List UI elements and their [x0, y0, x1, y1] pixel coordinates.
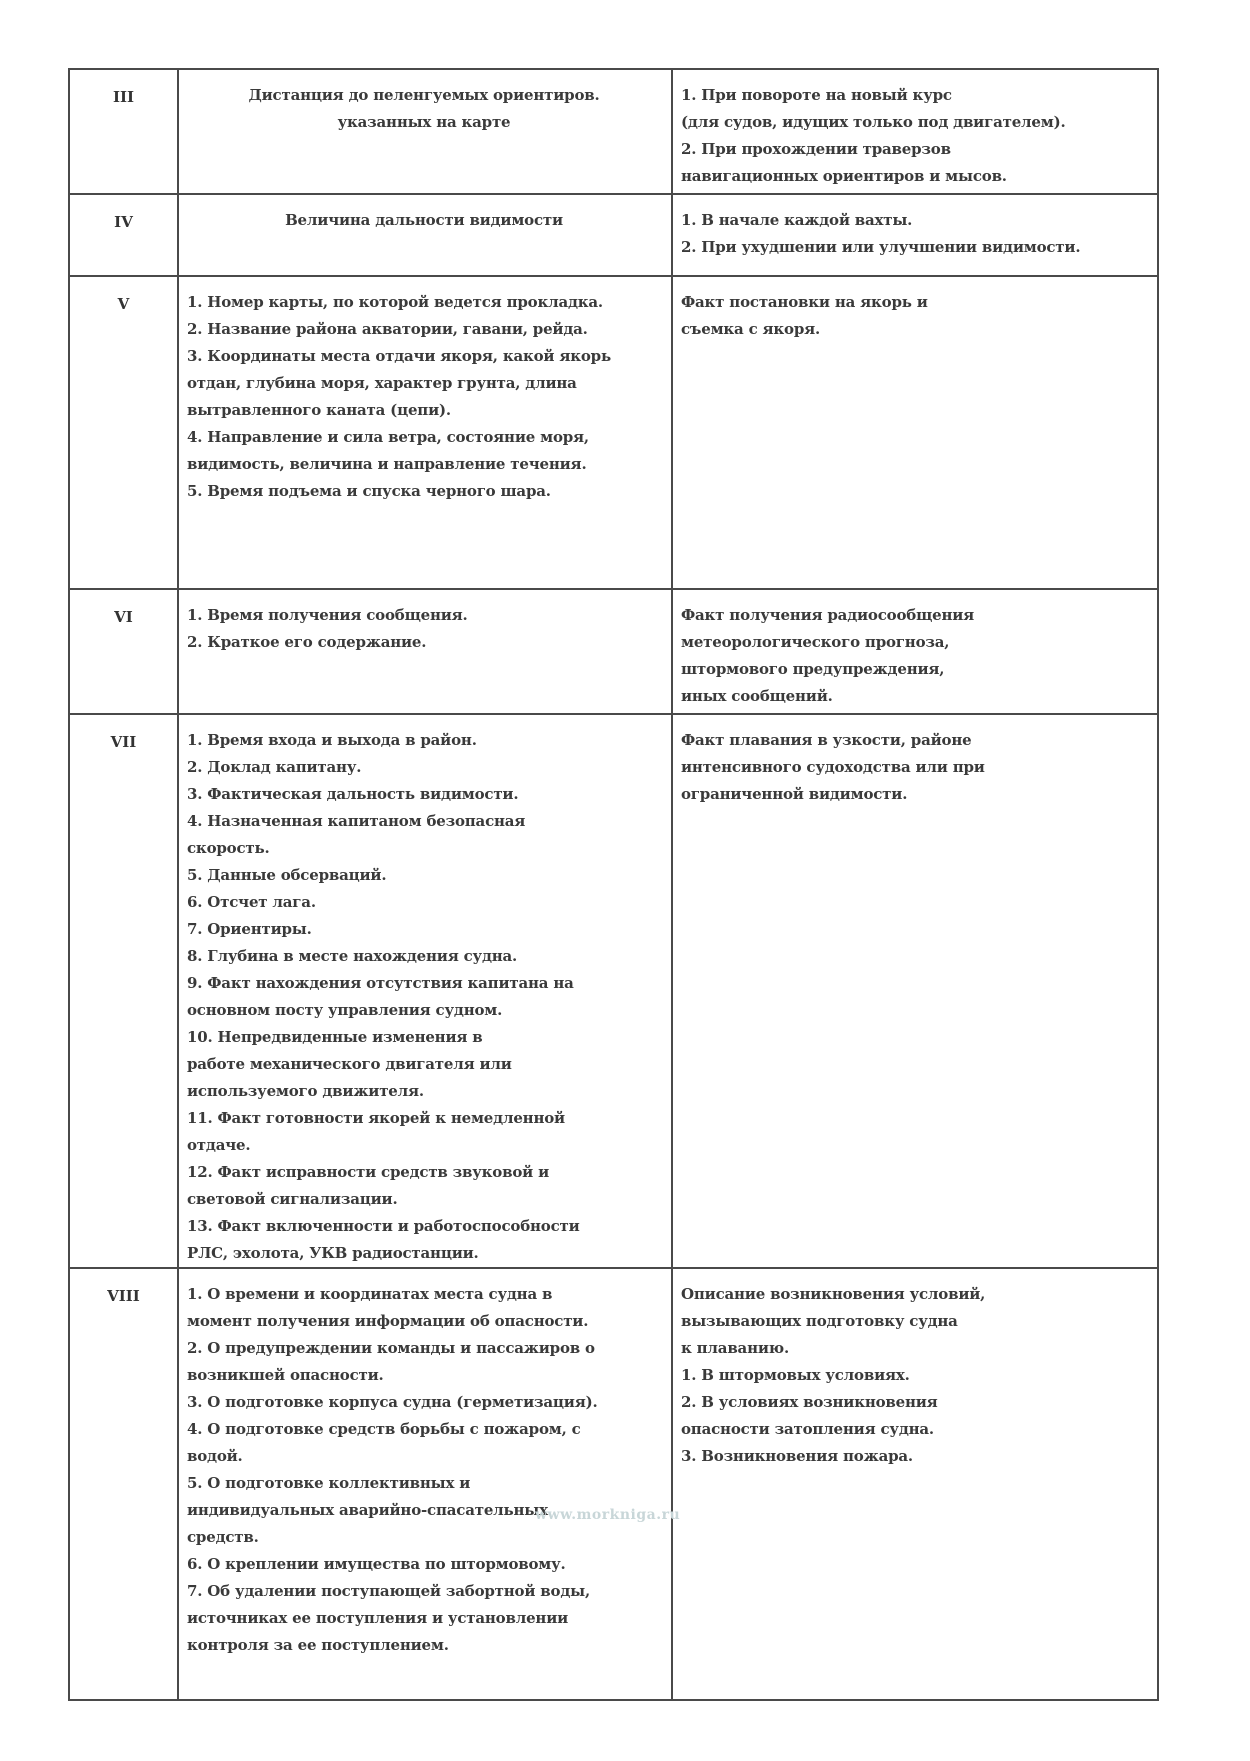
- watermark: www.morkniga.ru: [535, 1507, 680, 1523]
- content-line: 6. О креплении имущества по штормовому.: [187, 1551, 661, 1578]
- section-number: VIII: [69, 1268, 178, 1700]
- condition-line: опасности затопления судна.: [681, 1416, 1147, 1443]
- content-line: видимость, величина и направление течени…: [187, 451, 661, 478]
- content-line: вытравленного каната (цепи).: [187, 397, 661, 424]
- table-row: VIII1. О времени и координатах места суд…: [69, 1268, 1158, 1700]
- entry-content-cell: Дистанция до пеленгуемых ориентиров.указ…: [178, 69, 672, 194]
- content-line: 5. Данные обсерваций.: [187, 862, 661, 889]
- entry-condition-cell: Описание возникновения условий,вызывающи…: [672, 1268, 1158, 1700]
- content-line: 2. О предупреждении команды и пассажиров…: [187, 1335, 661, 1362]
- condition-line: 1. В начале каждой вахты.: [681, 207, 1147, 234]
- condition-line: Факт постановки на якорь и: [681, 289, 1147, 316]
- entry-content-cell: 1. О времени и координатах места судна в…: [178, 1268, 672, 1700]
- content-line: 10. Непредвиденные изменения в: [187, 1024, 661, 1051]
- content-line: водой.: [187, 1443, 661, 1470]
- content-line: основном посту управления судном.: [187, 997, 661, 1024]
- condition-line: навигационных ориентиров и мысов.: [681, 163, 1147, 190]
- entry-condition-cell: Факт постановки на якорь исъемка с якоря…: [672, 276, 1158, 589]
- content-line: используемого движителя.: [187, 1078, 661, 1105]
- section-number: V: [69, 276, 178, 589]
- condition-line: 2. При прохождении траверзов: [681, 136, 1147, 163]
- content-line: скорость.: [187, 835, 661, 862]
- condition-line: съемка с якоря.: [681, 316, 1147, 343]
- content-line: 1. Время входа и выхода в район.: [187, 727, 661, 754]
- content-line: 1. Номер карты, по которой ведется прокл…: [187, 289, 661, 316]
- entry-condition-cell: 1. В начале каждой вахты.2. При ухудшени…: [672, 194, 1158, 276]
- content-line: РЛС, эхолота, УКВ радиостанции.: [187, 1240, 661, 1267]
- content-line: отдан, глубина моря, характер грунта, дл…: [187, 370, 661, 397]
- content-line: 3. Фактическая дальность видимости.: [187, 781, 661, 808]
- entry-content-cell: Величина дальности видимости: [178, 194, 672, 276]
- content-line: 2. Краткое его содержание.: [187, 629, 661, 656]
- content-line: отдаче.: [187, 1132, 661, 1159]
- content-line: 3. Координаты места отдачи якоря, какой …: [187, 343, 661, 370]
- table-body: IIIДистанция до пеленгуемых ориентиров.у…: [69, 69, 1158, 1700]
- content-line: 1. Время получения сообщения.: [187, 602, 661, 629]
- content-line: световой сигнализации.: [187, 1186, 661, 1213]
- content-line: 12. Факт исправности средств звуковой и: [187, 1159, 661, 1186]
- condition-line: 2. При ухудшении или улучшении видимости…: [681, 234, 1147, 261]
- content-line: 6. Отсчет лага.: [187, 889, 661, 916]
- content-line: возникшей опасности.: [187, 1362, 661, 1389]
- content-line: 1. О времени и координатах места судна в: [187, 1281, 661, 1308]
- content-line: 8. Глубина в месте нахождения судна.: [187, 943, 661, 970]
- condition-line: 2. В условиях возникновения: [681, 1389, 1147, 1416]
- content-line: 2. Доклад капитану.: [187, 754, 661, 781]
- condition-line: 3. Возникновения пожара.: [681, 1443, 1147, 1470]
- condition-line: к плаванию.: [681, 1335, 1147, 1362]
- content-line: 4. Направление и сила ветра, состояние м…: [187, 424, 661, 451]
- content-line: 2. Название района акватории, гавани, ре…: [187, 316, 661, 343]
- entry-content-cell: 1. Номер карты, по которой ведется прокл…: [178, 276, 672, 589]
- content-line: момент получения информации об опасности…: [187, 1308, 661, 1335]
- section-number: IV: [69, 194, 178, 276]
- table-row: VII1. Время входа и выхода в район.2. До…: [69, 714, 1158, 1268]
- content-line: 11. Факт готовности якорей к немедленной: [187, 1105, 661, 1132]
- table-row: IIIДистанция до пеленгуемых ориентиров.у…: [69, 69, 1158, 194]
- entry-content-cell: 1. Время получения сообщения.2. Краткое …: [178, 589, 672, 714]
- section-number: VI: [69, 589, 178, 714]
- table-row: IVВеличина дальности видимости1. В начал…: [69, 194, 1158, 276]
- content-line: 7. Об удалении поступающей забортной вод…: [187, 1578, 661, 1605]
- condition-line: иных сообщений.: [681, 683, 1147, 710]
- entry-condition-cell: Факт получения радиосообщенияметеорологи…: [672, 589, 1158, 714]
- content-line: 7. Ориентиры.: [187, 916, 661, 943]
- content-line: 4. Назначенная капитаном безопасная: [187, 808, 661, 835]
- content-line: работе механического двигателя или: [187, 1051, 661, 1078]
- content-line: Величина дальности видимости: [187, 207, 661, 234]
- condition-line: метеорологического прогноза,: [681, 629, 1147, 656]
- content-line: источниках ее поступления и установлении: [187, 1605, 661, 1632]
- entry-condition-cell: 1. При повороте на новый курс(для судов,…: [672, 69, 1158, 194]
- condition-line: интенсивного судоходства или при: [681, 754, 1147, 781]
- content-line: средств.: [187, 1524, 661, 1551]
- content-line: 9. Факт нахождения отсутствия капитана н…: [187, 970, 661, 997]
- table-row: VI1. Время получения сообщения.2. Кратко…: [69, 589, 1158, 714]
- content-line: 5. Время подъема и спуска черного шара.: [187, 478, 661, 505]
- condition-line: 1. В штормовых условиях.: [681, 1362, 1147, 1389]
- content-line: контроля за ее поступлением.: [187, 1632, 661, 1659]
- content-line: указанных на карте: [187, 109, 661, 136]
- condition-line: вызывающих подготовку судна: [681, 1308, 1147, 1335]
- condition-line: 1. При повороте на новый курс: [681, 82, 1147, 109]
- entry-condition-cell: Факт плавания в узкости, районеинтенсивн…: [672, 714, 1158, 1268]
- section-number: III: [69, 69, 178, 194]
- condition-line: Факт плавания в узкости, районе: [681, 727, 1147, 754]
- section-number: VII: [69, 714, 178, 1268]
- content-line: 5. О подготовке коллективных и: [187, 1470, 661, 1497]
- content-line: 4. О подготовке средств борьбы с пожаром…: [187, 1416, 661, 1443]
- condition-line: (для судов, идущих только под двигателем…: [681, 109, 1147, 136]
- table-row: V1. Номер карты, по которой ведется прок…: [69, 276, 1158, 589]
- condition-line: ограниченной видимости.: [681, 781, 1147, 808]
- content-line: Дистанция до пеленгуемых ориентиров.: [187, 82, 661, 109]
- condition-line: Описание возникновения условий,: [681, 1281, 1147, 1308]
- entry-content-cell: 1. Время входа и выхода в район.2. Докла…: [178, 714, 672, 1268]
- content-line: 13. Факт включенности и работоспособност…: [187, 1213, 661, 1240]
- condition-line: штормового предупреждения,: [681, 656, 1147, 683]
- condition-line: Факт получения радиосообщения: [681, 602, 1147, 629]
- log-entries-table: IIIДистанция до пеленгуемых ориентиров.у…: [68, 68, 1159, 1701]
- content-line: 3. О подготовке корпуса судна (герметиза…: [187, 1389, 661, 1416]
